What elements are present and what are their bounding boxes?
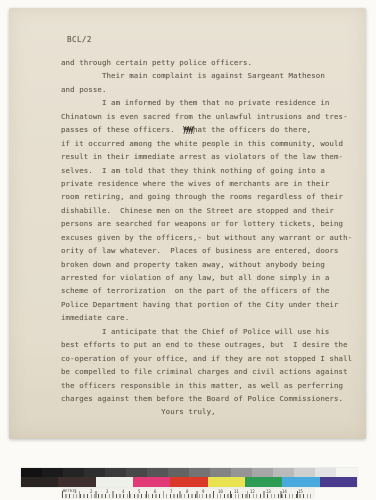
ruler-number: 1 xyxy=(74,489,90,494)
letter-line: and through certain petty police officer… xyxy=(61,56,360,69)
color-patch xyxy=(245,477,282,487)
color-patch xyxy=(133,477,170,487)
color-patch xyxy=(208,477,245,487)
grayscale-step xyxy=(147,468,168,477)
calibration-bar xyxy=(21,468,357,487)
color-patch xyxy=(282,477,319,487)
letter-line: Yours truly, xyxy=(61,405,360,418)
color-patch xyxy=(170,477,207,487)
grayscale-step xyxy=(252,468,273,477)
grayscale-step xyxy=(294,468,315,477)
grayscale-step xyxy=(231,468,252,477)
ruler-number: 4 xyxy=(122,489,138,494)
grayscale-step xyxy=(336,468,357,477)
grayscale-step xyxy=(42,468,63,477)
ruler-number: 2 xyxy=(90,489,106,494)
letter-line: the officers responsible in this matter,… xyxy=(61,379,360,392)
overstrike-mark: MW xyxy=(184,125,193,134)
grayscale-strip xyxy=(21,468,357,477)
color-strip xyxy=(21,477,357,487)
grayscale-step xyxy=(126,468,147,477)
color-patch xyxy=(320,477,357,487)
ruler-number: 13 xyxy=(266,489,282,494)
letter-line: scheme of terrorization on the part of t… xyxy=(61,284,360,297)
ruler-number: 6 xyxy=(154,489,170,494)
letter-line: immediate care. xyxy=(61,311,360,324)
color-patch xyxy=(21,477,58,487)
letter-line: Police Department having that portion of… xyxy=(61,298,360,311)
grayscale-step xyxy=(315,468,336,477)
letter-line: excuses given by the officers,- but with… xyxy=(61,231,360,244)
grayscale-step xyxy=(105,468,126,477)
letter-line: broken down and property taken away, wit… xyxy=(61,258,360,271)
letter-line: best efforts to put an end to these outr… xyxy=(61,338,360,351)
ruler-number: 7 xyxy=(170,489,186,494)
letter-line: dishabille. Chinese men on the Street ar… xyxy=(61,204,360,217)
ruler-number: 14 xyxy=(282,489,298,494)
letter-line: selves. I am told that they think nothin… xyxy=(61,164,360,177)
ruler-number: 5 xyxy=(138,489,154,494)
letter-line: and posse. xyxy=(61,83,360,96)
letter-line-text: hat the officers do there, xyxy=(193,125,311,134)
letter-line: ority of law whatever. Places of busines… xyxy=(61,244,360,257)
ruler-number: 11 xyxy=(234,489,250,494)
letter-line: result in their immediate arrest as viol… xyxy=(61,150,360,163)
letter-line: I am informed by them that no private re… xyxy=(61,96,360,109)
letter-line-text: passes of these officers. xyxy=(61,125,184,134)
letter-line: room retiring, and going through the roo… xyxy=(61,190,360,203)
letter-line: co-operation of your office, and if they… xyxy=(61,352,360,365)
letter-line: Their main complaint is against Sargeant… xyxy=(61,69,360,82)
letter-line: charges against them before the Board of… xyxy=(61,392,360,405)
ruler-numbers: 123456789101112131415 xyxy=(74,489,314,494)
grayscale-step xyxy=(273,468,294,477)
ruler-number: 12 xyxy=(250,489,266,494)
letter-body: and through certain petty police officer… xyxy=(61,56,360,419)
ruler-number: 10 xyxy=(218,489,234,494)
ruler: METRIC 123456789101112131415 xyxy=(62,489,314,498)
color-patch xyxy=(58,477,95,487)
ruler-number: 9 xyxy=(202,489,218,494)
grayscale-step xyxy=(63,468,84,477)
grayscale-step xyxy=(210,468,231,477)
reference-code: BCL/2 xyxy=(67,35,92,44)
letter-line: private residence where the wives of mer… xyxy=(61,177,360,190)
ruler-number: 8 xyxy=(186,489,202,494)
ruler-number: 15 xyxy=(298,489,314,494)
letter-line: I anticipate that the Chief of Police wi… xyxy=(61,325,360,338)
letter-line: Chinatown is even sacred from the unlawf… xyxy=(61,110,360,123)
grayscale-step xyxy=(84,468,105,477)
ruler-number: 3 xyxy=(106,489,122,494)
letter-line: if it occurred among the white people in… xyxy=(61,137,360,150)
letter-page: BCL/2 and through certain petty police o… xyxy=(9,8,366,439)
grayscale-step xyxy=(168,468,189,477)
letter-line: persons are searched for weapons or for … xyxy=(61,217,360,230)
letter-line: arrested for violation of any law, but a… xyxy=(61,271,360,284)
grayscale-step xyxy=(189,468,210,477)
letter-line: passes of these officers. MWhat the offi… xyxy=(61,123,360,136)
color-patch xyxy=(96,477,133,487)
letter-line: be compelled to file criminal charges an… xyxy=(61,365,360,378)
grayscale-step xyxy=(21,468,42,477)
